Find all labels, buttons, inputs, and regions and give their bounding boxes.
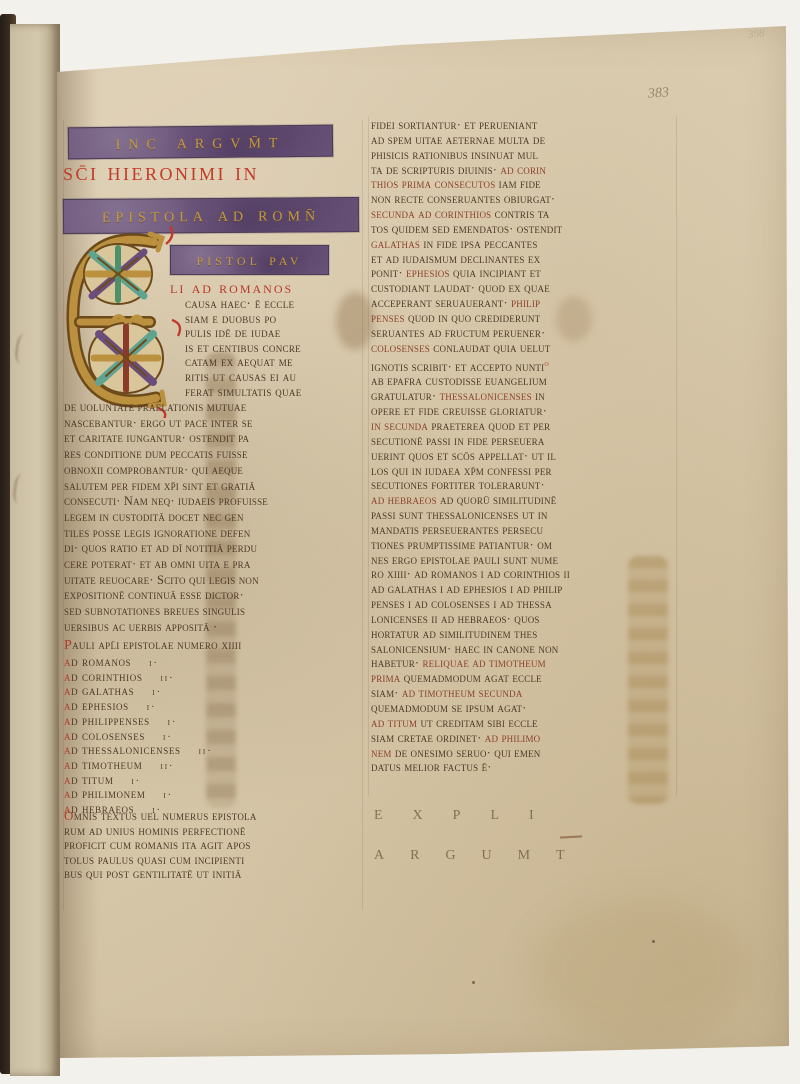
text-line: gratulatur· thessalonicenses in [371, 389, 570, 404]
text-line: ad corinthiosii· [64, 671, 213, 686]
text-line: siam· ad timotheum secunda [371, 686, 570, 701]
text-line: obnoxii comprobantur· qui aeque [64, 463, 268, 479]
text-line: ad spem uitae aeternae multa de [371, 133, 570, 148]
text-line: tos quidem sed emendatos· ostendit [371, 222, 570, 237]
colophon-dash [560, 835, 582, 838]
pistol-banner-text: pistol pav [196, 250, 302, 270]
text-line: ad thessalonicensesii· [64, 744, 213, 759]
text-line: prima quemadmodum agat eccle [371, 671, 570, 686]
text-line: expositionē continuā esse dictor· [64, 588, 268, 604]
text-line: ad ephesiosi· [64, 700, 213, 715]
text-line: et ad iudaismum declinantes ex [371, 252, 570, 267]
text-line: ad colosensesi· [64, 730, 213, 745]
text-line: lonicenses ii ad hebraeos· quos [371, 612, 570, 627]
text-line: passi sunt thessalonicenses ut in [371, 508, 570, 523]
text-line: ta de scripturis diuinis· ad corin [371, 163, 570, 178]
decorated-initial-E [54, 222, 186, 418]
text-line: causa haec· ē eccle [185, 297, 302, 312]
photo-backdrop: 398 383 inc argvm̄t sc̄i hieronimi in ep… [0, 0, 800, 1084]
text-line: galathas in fide ipsa peccantes [371, 237, 570, 252]
text-line: uitate reuocare· Scito qui legis non [64, 573, 268, 589]
ruling-line [368, 116, 369, 796]
text-line: ponit· ephesios quia incipiant et [371, 266, 570, 281]
left-intro-paragraph: causa haec· ē ecclesiam e duobus populis… [185, 297, 302, 399]
text-line: omnis textus uel numerus epistola [64, 808, 257, 824]
text-line: fidei sortiantur· et perueniant [371, 118, 570, 133]
text-line: pulis idē de iudae [185, 326, 302, 341]
text-line: consecuti· Nam neq· iudaeis profuisse [64, 494, 268, 510]
text-line: ad titumi· [64, 774, 213, 789]
text-line: ad philippensesi· [64, 715, 213, 730]
text-line: bus qui post gentilitatē ut initiā [64, 867, 257, 882]
incipit-banner: inc argvm̄t [68, 125, 333, 160]
text-line: uersibus ac uerbis appositā · [64, 620, 268, 636]
text-line: thios prima consecutos iam fide [371, 177, 570, 192]
incipit-banner-text: inc argvm̄t [115, 130, 285, 155]
text-line: rum ad unius hominis perfectionē [64, 824, 257, 839]
text-line: ro xiiii· ad romanos i ad corinthios ii [371, 567, 570, 582]
corner-foliation-number: 398 [747, 27, 765, 41]
jerome-title: sc̄i hieronimi in [63, 157, 259, 187]
text-line: penses quod in quo crediderunt [371, 311, 570, 326]
text-line: res conditione dum peccatis fuisse [64, 447, 268, 463]
text-line: ad romanosi· [64, 656, 213, 671]
text-line: de uoluntate praelationis mutuae [64, 400, 268, 416]
text-line: ritis ut causas ei au [185, 370, 302, 385]
text-line: los qui in iudaea xp̄m confessi per [371, 464, 570, 479]
text-line: mandatis perseuerantes persecu [371, 523, 570, 538]
text-line: tiones prumptissime patiantur· om [371, 538, 570, 553]
text-line: opere et fide creuisse gloriatur· [371, 404, 570, 419]
text-line: tolus paulus quasi cum incipienti [64, 853, 257, 868]
epistle-list: ad romanosi·ad corinthiosii·ad galathasi… [64, 656, 213, 818]
text-line: in secunda praeterea quod et per [371, 419, 570, 434]
text-line: sed subnotationes breues singulis [64, 604, 268, 620]
text-line: custodiant laudat· quod ex quae [371, 281, 570, 296]
explicit-line: EXPLI [374, 808, 564, 824]
epistle-list-title: pauli apl̄i epistolae numero xiiii [64, 636, 242, 653]
text-line: secutiones fortiter tolerarunt· [371, 478, 570, 493]
text-line: ad galathasi· [64, 685, 213, 700]
ruling-line [676, 116, 677, 796]
text-line: hortatur ad similitudinem thes [371, 627, 570, 642]
text-line: siam cretae ordinet· ad philimo [371, 731, 570, 746]
text-line: phisicis rationibus insinuat mul [371, 148, 570, 163]
manuscript-page: 398 383 inc argvm̄t sc̄i hieronimi in ep… [52, 20, 792, 1066]
text-line: ignotis scribit· et accepto nuntio [371, 356, 570, 375]
text-line: ad titum ut creditam sibi eccle [371, 716, 570, 731]
text-line: acceperant seruauerant· philip [371, 296, 570, 311]
text-line: tiles posse legis ignoratione defen [64, 526, 268, 542]
text-line: ab epafra custodisse euangelium [371, 374, 570, 389]
text-line: habetur· reliquae ad timotheum [371, 656, 570, 671]
text-line: ad galathas i ad ephesios i ad philip [371, 582, 570, 597]
text-line: proficit cum romanis ita agit apos [64, 838, 257, 853]
text-line: cere poterat· et ab omni uita e pra [64, 557, 268, 573]
text-line: salonicensium· haec in canone non [371, 642, 570, 657]
text-line: seruantes ad fructum peruener· [371, 326, 570, 341]
text-line: datus melior factus ē· [371, 760, 570, 775]
pistol-banner: pistol pav [170, 245, 329, 275]
parchment-stain [628, 556, 668, 804]
text-line: di· quos ratio et ad dī notitiā perdu [64, 541, 268, 557]
text-line: siam e duobus po [185, 312, 302, 327]
left-closing-paragraph: omnis textus uel numerus epistolarum ad … [64, 808, 257, 882]
previous-page-edge [10, 24, 60, 1076]
text-line: nes ergo epistolae pauli sunt nume [371, 553, 570, 568]
marginalia-mark [14, 333, 34, 365]
text-line: uerint quos et scōs appellat· ut il [371, 449, 570, 464]
text-line: secunda ad corinthios contris ta [371, 207, 570, 222]
text-line: catam ex aequat me [185, 355, 302, 370]
left-body-paragraph: de uoluntate praelationis mutuaenasceban… [64, 400, 268, 636]
text-line: secutionē passi in fide perseuera [371, 434, 570, 449]
text-line: pauli apl̄i epistolae numero xiiii [64, 636, 242, 653]
text-line: penses i ad colosenses i ad thessa [371, 597, 570, 612]
text-line: legem in custoditā docet nec gen [64, 510, 268, 526]
ruling-line [362, 120, 363, 910]
text-line: ferat simultatis quae [185, 385, 302, 400]
text-line: nem de onesimo seruo· qui emen [371, 746, 570, 761]
text-line: salutem per fidem xp̄i sint et gratiā [64, 479, 268, 495]
right-column-text: fidei sortiantur· et perueniantad spem u… [371, 118, 570, 775]
text-line: is et centibus concre [185, 341, 302, 356]
ink-speck [472, 981, 475, 984]
text-line: quemadmodum se ipsum agat· [371, 701, 570, 716]
text-line: nascebantur· ergo ut pace inter se [64, 416, 268, 432]
text-line: colosenses conlaudat quia uelut [371, 341, 570, 356]
text-line: non recte conseruantes obiurgat· [371, 192, 570, 207]
text-line: ad timotheumii· [64, 759, 213, 774]
parchment-stain [532, 900, 752, 1040]
marginalia-mark [12, 473, 32, 505]
rubric-li-ad-romanos: li ad romanos [170, 278, 293, 298]
parchment-stain [336, 292, 374, 350]
argumentum-line: ARGUMT [374, 848, 591, 864]
text-line: ad hebraeos ad quorū similitudinē [371, 493, 570, 508]
ink-speck [652, 940, 655, 943]
text-line: et caritate iungantur· ostendit pa [64, 431, 268, 447]
text-line: ad philimonemi· [64, 788, 213, 803]
folio-number: 383 [647, 85, 669, 102]
